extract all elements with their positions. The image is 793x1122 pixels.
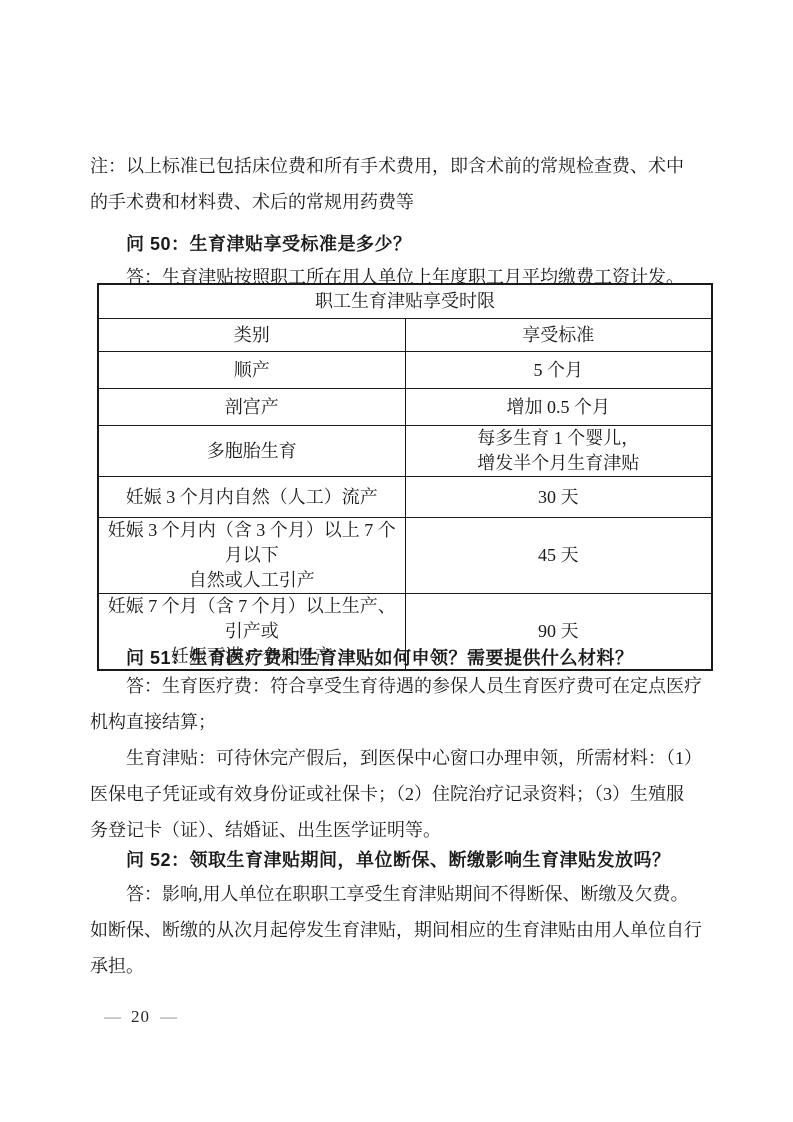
answer-52-line: 如断保、断缴的从次月起停发生育津贴，期间相应的生育津贴由用人单位自行 bbox=[90, 912, 730, 948]
standard-cell: 45 天 bbox=[405, 518, 712, 594]
answer-51-line: 答：生育医疗费：符合享受生育待遇的参保人员生育医疗费可在定点医疗 bbox=[90, 668, 730, 704]
answer-51-line: 机构直接结算； bbox=[90, 704, 730, 740]
standard-cell: 5 个月 bbox=[405, 352, 712, 389]
category-cell: 多胞胎生育 bbox=[98, 426, 405, 477]
col-header-standard: 享受标准 bbox=[405, 319, 712, 352]
note-paragraph: 注：以上标准已包括床位费和所有手术费用，即含术前的常规检查费、术中 的手术费和材… bbox=[90, 148, 730, 220]
question-52-text: 问 52：领取生育津贴期间，单位断保、断缴影响生育津贴发放吗？ bbox=[90, 842, 730, 878]
note-line: 的手术费和材料费、术后的常规用药费等 bbox=[90, 184, 730, 220]
standard-cell: 30 天 bbox=[405, 477, 712, 518]
answer-51-line: 生育津贴：可待休完产假后，到医保中心窗口办理申领，所需材料：（1） bbox=[90, 740, 730, 776]
note-line: 注：以上标准已包括床位费和所有手术费用，即含术前的常规检查费、术中 bbox=[90, 148, 730, 184]
document-page: 注：以上标准已包括床位费和所有手术费用，即含术前的常规检查费、术中 的手术费和材… bbox=[0, 0, 793, 1122]
table-row: 妊娠 3 个月内自然（人工）流产 30 天 bbox=[98, 477, 712, 518]
standard-cell: 增加 0.5 个月 bbox=[405, 389, 712, 426]
page-number: 20 bbox=[131, 1007, 150, 1026]
page-footer: —20— bbox=[104, 1008, 177, 1025]
col-header-category: 类别 bbox=[98, 319, 405, 352]
answer-52-paragraph: 答：影响,用人单位在职职工享受生育津贴期间不得断保、断缴及欠费。 如断保、断缴的… bbox=[90, 876, 730, 984]
category-cell: 顺产 bbox=[98, 352, 405, 389]
footer-dash-left: — bbox=[104, 1007, 121, 1026]
category-cell: 剖宫产 bbox=[98, 389, 405, 426]
footer-dash-right: — bbox=[160, 1007, 177, 1026]
table-title: 职工生育津贴享受时限 bbox=[98, 284, 712, 319]
question-50-text: 问 50：生育津贴享受标准是多少？ bbox=[90, 226, 730, 262]
question-50-heading: 问 50：生育津贴享受标准是多少？ bbox=[90, 226, 730, 262]
answer-51-paragraph-2: 生育津贴：可待休完产假后，到医保中心窗口办理申领，所需材料：（1） 医保电子凭证… bbox=[90, 740, 730, 848]
maternity-allowance-table: 职工生育津贴享受时限 类别 享受标准 顺产 5 个月 剖宫产 增加 0.5 个月… bbox=[97, 283, 713, 671]
table-row: 剖宫产 增加 0.5 个月 bbox=[98, 389, 712, 426]
answer-51-paragraph-1: 答：生育医疗费：符合享受生育待遇的参保人员生育医疗费可在定点医疗 机构直接结算； bbox=[90, 668, 730, 740]
answer-52-line: 承担。 bbox=[90, 948, 730, 984]
table-row: 多胞胎生育 每多生育 1 个婴儿， 增发半个月生育津贴 bbox=[98, 426, 712, 477]
answer-51-line: 医保电子凭证或有效身份证或社保卡；（2）住院治疗记录资料；（3）生殖服 bbox=[90, 776, 730, 812]
question-52-heading: 问 52：领取生育津贴期间，单位断保、断缴影响生育津贴发放吗？ bbox=[90, 842, 730, 878]
table-title-row: 职工生育津贴享受时限 bbox=[98, 284, 712, 319]
answer-52-line: 答：影响,用人单位在职职工享受生育津贴期间不得断保、断缴及欠费。 bbox=[90, 876, 730, 912]
standard-cell: 每多生育 1 个婴儿， 增发半个月生育津贴 bbox=[405, 426, 712, 477]
table-row: 顺产 5 个月 bbox=[98, 352, 712, 389]
category-cell: 妊娠 3 个月内（含 3 个月）以上 7 个月以下 自然或人工引产 bbox=[98, 518, 405, 594]
category-cell: 妊娠 3 个月内自然（人工）流产 bbox=[98, 477, 405, 518]
table-row: 妊娠 3 个月内（含 3 个月）以上 7 个月以下 自然或人工引产 45 天 bbox=[98, 518, 712, 594]
table-header-row: 类别 享受标准 bbox=[98, 319, 712, 352]
